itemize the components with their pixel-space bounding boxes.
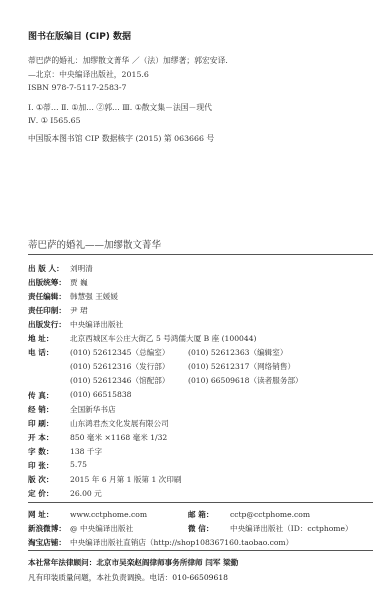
- cip-line: 蒂巴萨的婚礼：加缪散文菁华 ／（法）加缪著；郭宏安译．: [28, 55, 233, 66]
- credit-label: 出 版 人：: [28, 263, 70, 274]
- online-row: 淘宝店铺：中央编译出版社直销店（http://shop108367160.tao…: [28, 537, 293, 548]
- quality-notice: 凡有印装质量问题，本社负责调换。电话：010-66509618: [28, 572, 228, 583]
- spec-value: 全国新华书店: [70, 404, 116, 415]
- credit-row: 出 版 人： 刘明清: [28, 263, 93, 274]
- phone-label-spacer: [28, 361, 70, 372]
- spec-value: 5.75: [70, 460, 87, 471]
- spec-value: 138 千字: [70, 446, 102, 457]
- credit-value: 北京西城区车公庄大街乙 5 号鸿儒大厦 B 座 (100044): [70, 333, 257, 344]
- spec-label: 定 价：: [28, 488, 70, 499]
- copyright-page: 图书在版编目 (CIP) 数据 蒂巴萨的婚礼：加缪散文菁华 ／（法）加缪著；郭宏…: [0, 0, 375, 606]
- spec-value: 26.00 元: [70, 488, 102, 499]
- spec-row: 定 价： 26.00 元: [28, 488, 102, 499]
- spec-value: 2015 年 6 月第 1 版第 1 次印刷: [70, 474, 181, 485]
- credit-row: 责任印制： 尹 珺: [28, 305, 88, 316]
- spec-label: 经 销：: [28, 404, 70, 415]
- spec-row: 印 张： 5.75: [28, 460, 87, 471]
- email-cell: 邮 箱：cctp@cctphome.com: [188, 509, 310, 520]
- cip-isbn: ISBN 978-7-5117-2583-7: [28, 83, 126, 92]
- cip-record-number: 中国版本图书馆 CIP 数据核字 (2015) 第 063666 号: [28, 133, 214, 144]
- phone-row: (010) 52612316（发行部） (010) 52612317（网络销售）: [28, 361, 306, 372]
- credit-value: 刘明清: [70, 263, 93, 274]
- phone-number: (010) 52612346（馆配部）: [70, 375, 188, 386]
- credit-row: 出版发行： 中央编译出版社: [28, 319, 123, 330]
- spec-label: 开 本：: [28, 432, 70, 443]
- website-link[interactable]: www.cctphome.com: [70, 510, 147, 519]
- wechat-cell: 微 信：中央编译出版社（ID：cctphome）: [188, 523, 353, 534]
- credit-value: 中央编译出版社: [70, 319, 123, 330]
- spec-value: (010) 66515838: [70, 390, 131, 401]
- credit-row: 责任编辑： 韩慧强 王媛媛: [28, 291, 118, 302]
- spec-row: 版 次： 2015 年 6 月第 1 版第 1 次印刷: [28, 474, 181, 485]
- book-title: 蒂巴萨的婚礼——加缪散文菁华: [28, 237, 161, 251]
- spec-row: 传 真： (010) 66515838: [28, 390, 131, 401]
- credit-label: 责任编辑：: [28, 291, 70, 302]
- phone-number: (010) 52612363（编辑室）: [188, 347, 306, 358]
- spec-label: 印 张：: [28, 460, 70, 471]
- online-row: 新浪微博：@ 中央编译出版社 微 信：中央编译出版社（ID：cctphome）: [28, 523, 133, 534]
- weibo-label: 新浪微博：: [28, 523, 70, 534]
- legal-counsel: 本社常年法律顾问：北京市吴栾赵阎律师事务所律师 闫军 梁勤: [28, 557, 238, 568]
- spec-row: 经 销： 全国新华书店: [28, 404, 116, 415]
- credit-value: 尹 珺: [70, 305, 88, 316]
- spec-row: 印 刷： 山东鸿君杰文化发展有限公司: [28, 418, 169, 429]
- divider: [28, 550, 373, 551]
- spec-row: 字 数： 138 千字: [28, 446, 102, 457]
- phone-label-spacer: [28, 375, 70, 386]
- phone-number: (010) 52612316（发行部）: [70, 361, 188, 372]
- credit-label: 责任印制：: [28, 305, 70, 316]
- spec-label: 字 数：: [28, 446, 70, 457]
- website-label: 网 址：: [28, 509, 70, 520]
- taobao-link[interactable]: 中央编译出版社直销店（http://shop108367160.taobao.c…: [70, 538, 293, 547]
- cip-classification: Ⅰ. ①蒂… Ⅱ. ①加… ②郭… Ⅲ. ①散文集－法国－现代: [28, 102, 212, 113]
- credit-value: 韩慧强 王媛媛: [70, 291, 118, 302]
- credit-label: 出版发行：: [28, 319, 70, 330]
- divider: [28, 502, 373, 503]
- wechat-label: 微 信：: [188, 523, 230, 534]
- taobao-label: 淘宝店铺：: [28, 537, 70, 548]
- spec-value: 850 毫米 ×1168 毫米 1/32: [70, 432, 167, 443]
- spec-label: 传 真：: [28, 390, 70, 401]
- phone-number: (010) 52612317（网络销售）: [188, 361, 306, 372]
- credit-value: 贾 巍: [70, 277, 88, 288]
- phone-row: (010) 52612346（馆配部） (010) 66509618（读者服务部…: [28, 375, 306, 386]
- credit-row: 出版统筹： 贾 巍: [28, 277, 88, 288]
- phone-row: 电 话： (010) 52612345（总编室） (010) 52612363（…: [28, 347, 306, 358]
- cip-classification: Ⅳ. ① I565.65: [28, 116, 81, 125]
- phone-number: (010) 52612345（总编室）: [70, 347, 188, 358]
- email-label: 邮 箱：: [188, 509, 230, 520]
- credit-label: 出版统筹：: [28, 277, 70, 288]
- spec-row: 开 本： 850 毫米 ×1168 毫米 1/32: [28, 432, 167, 443]
- credit-label: 地 址：: [28, 333, 70, 344]
- wechat-value: 中央编译出版社（ID：cctphome）: [230, 524, 353, 533]
- divider: [28, 254, 373, 255]
- spec-label: 印 刷：: [28, 418, 70, 429]
- phone-label: 电 话：: [28, 347, 70, 358]
- credit-row: 地 址： 北京西城区车公庄大街乙 5 号鸿儒大厦 B 座 (100044): [28, 333, 257, 344]
- spec-value: 山东鸿君杰文化发展有限公司: [70, 418, 169, 429]
- online-row: 网 址：www.cctphome.com 邮 箱：cctp@cctphome.c…: [28, 509, 147, 520]
- phone-number: (010) 66509618（读者服务部）: [188, 375, 306, 386]
- cip-line: —北京：中央编译出版社，2015.6: [28, 69, 149, 80]
- spec-label: 版 次：: [28, 474, 70, 485]
- cip-heading: 图书在版编目 (CIP) 数据: [28, 29, 131, 42]
- weibo-value: @ 中央编译出版社: [70, 524, 133, 533]
- email-link[interactable]: cctp@cctphome.com: [230, 510, 310, 519]
